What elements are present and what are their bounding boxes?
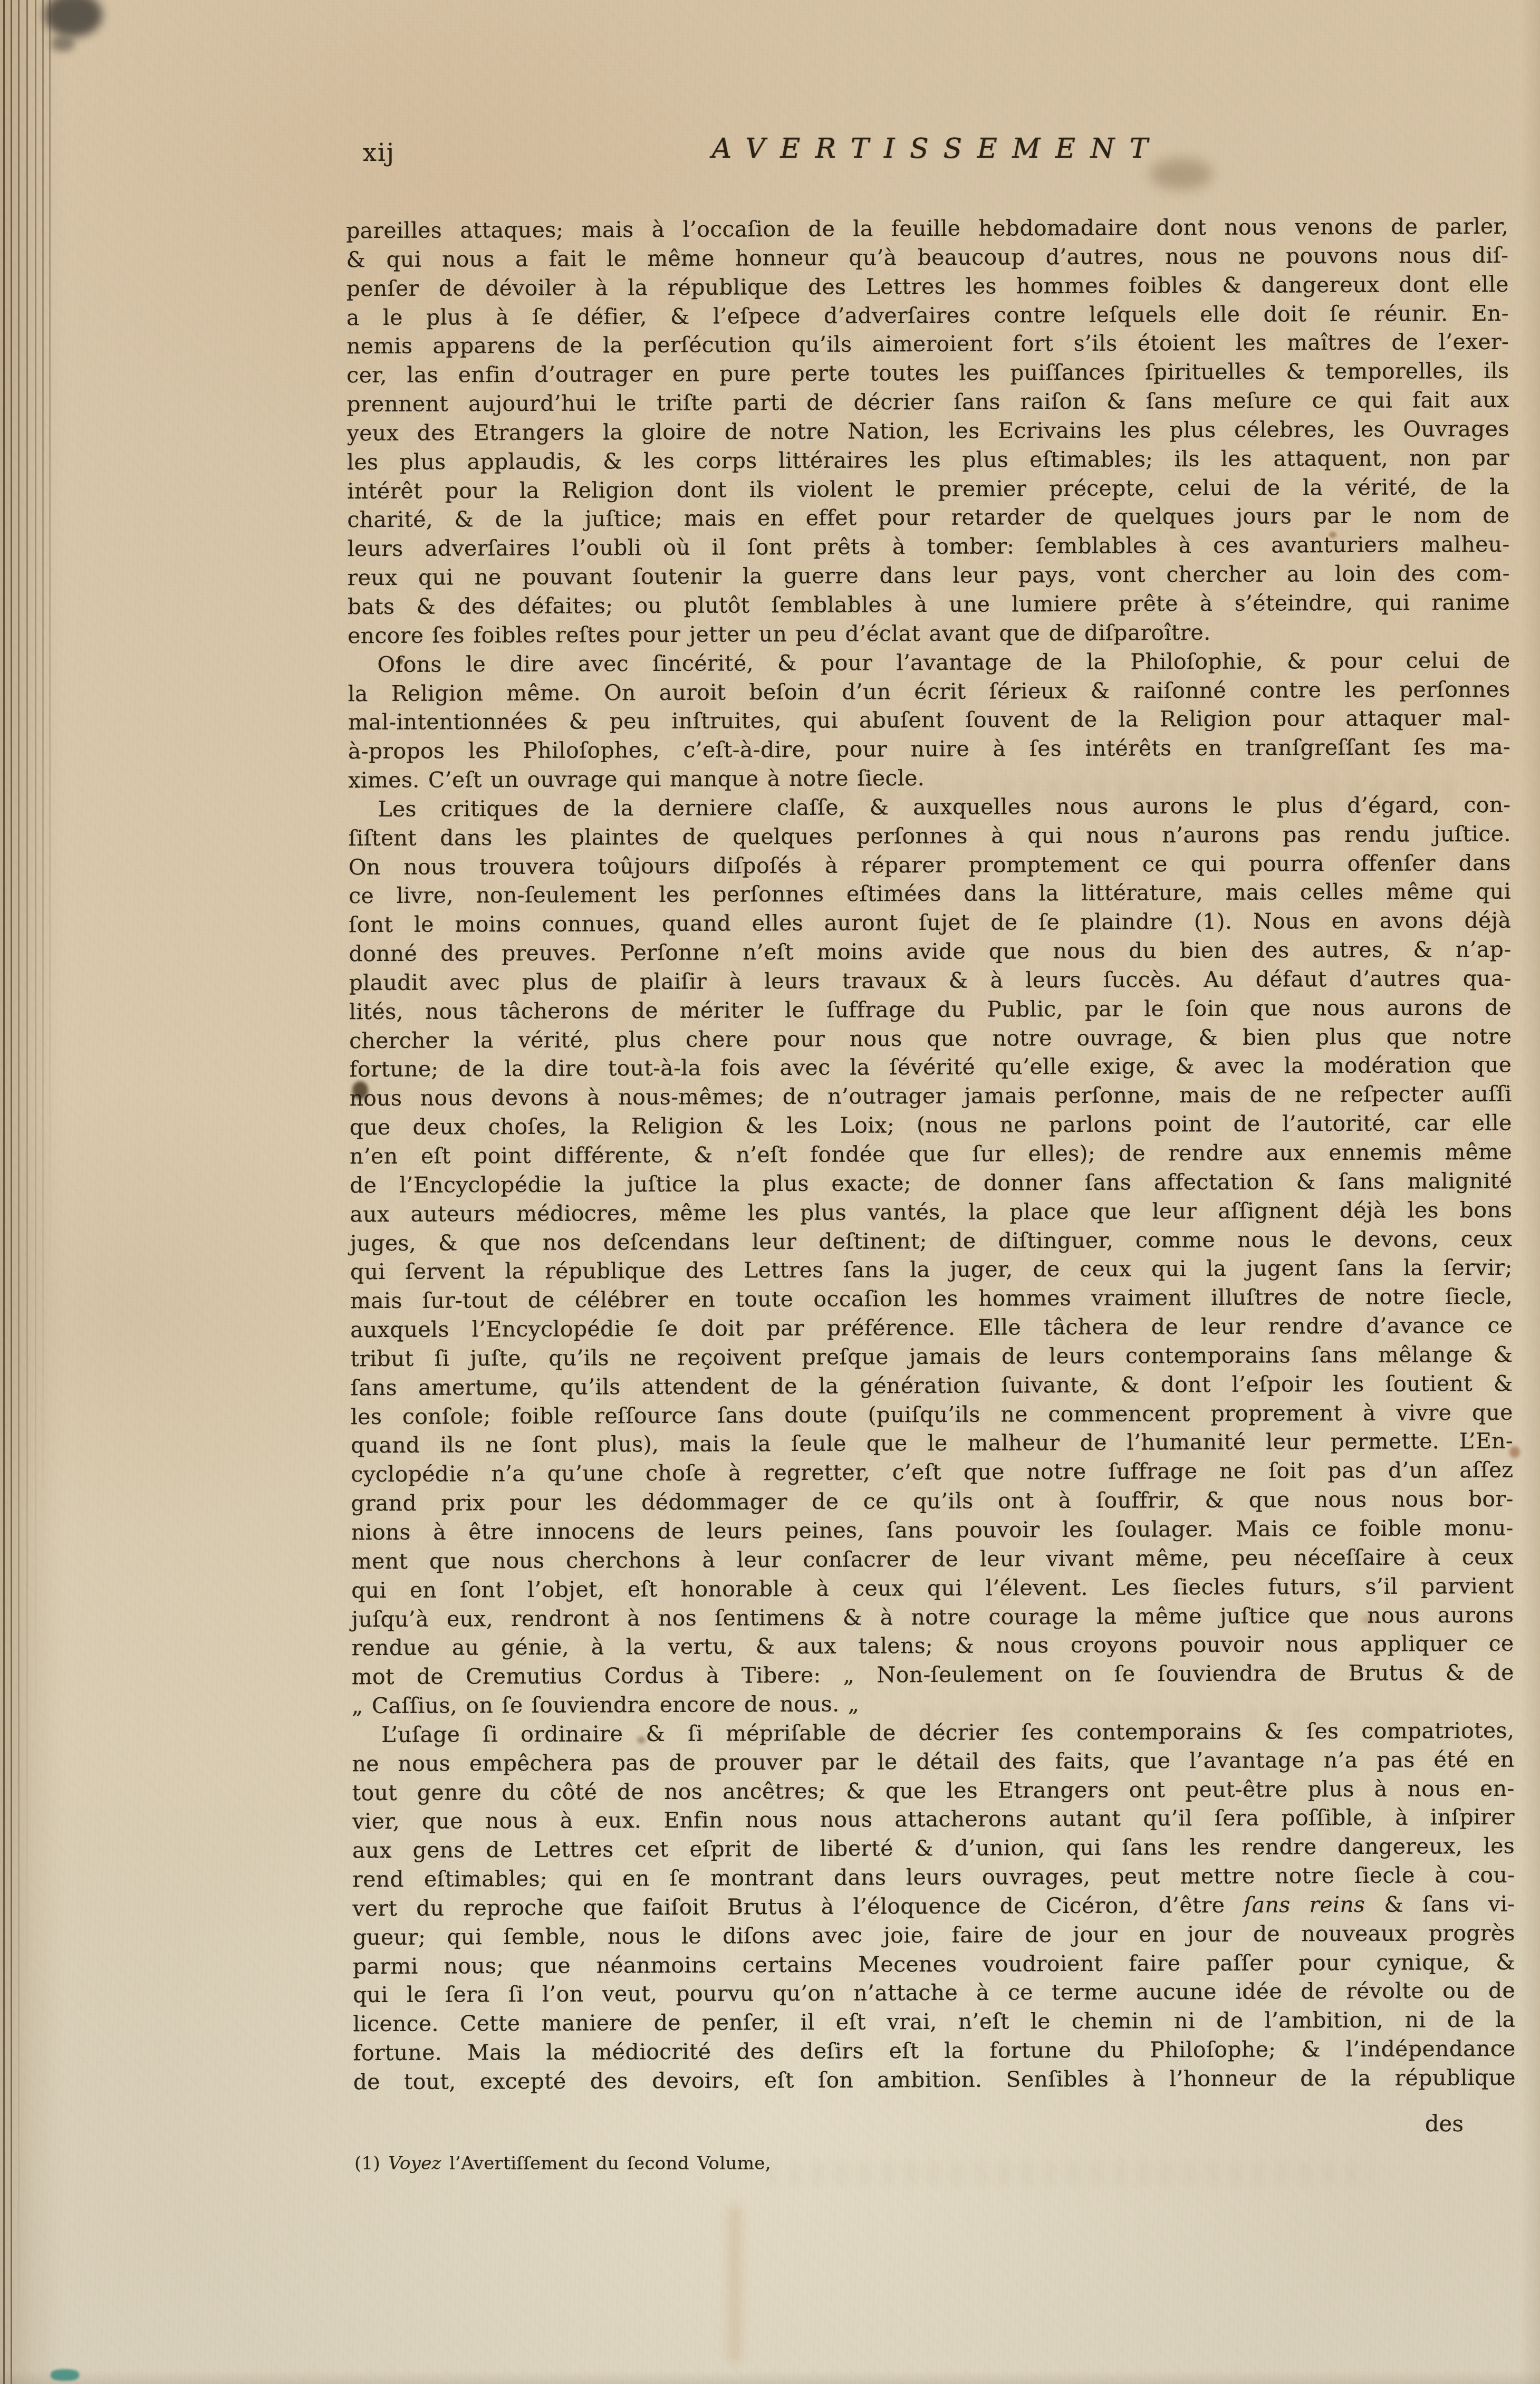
text-run: chercher la vérité, plus chere pour nous… — [349, 1023, 1512, 1053]
text-line: tribut ſi juſte, qu’ils ne reçoivent pre… — [350, 1340, 1513, 1373]
text-run: ce livre, non-ſeulement les perſonnes eſ… — [349, 879, 1511, 908]
text-run: la Religion même. On auroit beſoin d’un … — [348, 676, 1510, 706]
footnote: (1) Voyez l’Avertiſſement du ſecond Volu… — [354, 2153, 1462, 2174]
text-run: licence. Cette maniere de penſer, il eſt… — [353, 2007, 1515, 2036]
text-line: ximes. C’eſt un ouvrage qui manque à not… — [348, 762, 1510, 795]
text-line: nous nous devons à nous-mêmes; de n’outr… — [349, 1080, 1512, 1113]
text-line: intérêt pour la Religion dont ils violen… — [347, 472, 1509, 505]
text-line: reux qui ne pouvant ſoutenir la guerre d… — [348, 559, 1510, 592]
text-run: vert du reproche que faiſoit Brutus à l’… — [352, 1892, 1244, 1921]
text-run: prennent aujourd’hui le triſte parti de … — [346, 387, 1509, 417]
text-line: ne nous empêchera pas de prouver par le … — [352, 1745, 1514, 1778]
text-run: rendue au génie, à la vertu, & aux talen… — [351, 1631, 1514, 1660]
text-line: donné des preuves. Perſonne n’eſt moins … — [349, 935, 1511, 968]
text-line: fortune. Mais la médiocrité des deſirs e… — [353, 2034, 1515, 2068]
text-run: auxquels l’Encyclopédie ſe doit par préf… — [350, 1313, 1513, 1342]
text-line: On nous trouvera toûjours diſpoſés à rép… — [349, 848, 1511, 881]
text-line: lités, nous tâcherons de mériter le ſuff… — [349, 993, 1512, 1026]
gutter-line — [26, 0, 28, 2384]
text-run: Oſons le dire avec ſincérité, & pour l’a… — [377, 647, 1510, 677]
text-run: ment que nous cherchons à leur conſacrer… — [351, 1544, 1514, 1574]
text-run: qui ſervent la république des Lettres ſa… — [350, 1255, 1513, 1284]
text-line: aux auteurs médiocres, même les plus van… — [350, 1195, 1512, 1228]
text-line: prennent aujourd’hui le triſte parti de … — [346, 386, 1509, 419]
text-run: intérêt pour la Religion dont ils violen… — [347, 474, 1509, 503]
text-run: cyclopédie n’a qu’une choſe à regretter,… — [351, 1457, 1513, 1487]
gutter-line — [11, 0, 12, 2384]
text-run: l’Avertiſſement du ſecond Volume, — [441, 2153, 771, 2174]
gutter-line — [42, 0, 44, 2384]
text-line: tout genre du côté de nos ancêtres; & qu… — [352, 1774, 1515, 1807]
text-run: vier, que nous à eux. Enfin nous nous at… — [352, 1804, 1515, 1834]
text-line: mais ſur-tout de célébrer en toute occaſ… — [350, 1282, 1513, 1315]
text-column: pareilles attaques; mais à l’occaſion de… — [346, 212, 1516, 2097]
text-run: donné des preuves. Perſonne n’eſt moins … — [349, 937, 1511, 966]
text-run: à-propos les Philoſophes, c’eſt-à-dire, … — [348, 734, 1510, 764]
text-line: qui ſervent la république des Lettres ſa… — [350, 1253, 1513, 1286]
text-run: juſqu’à eux, rendront à nos ſentimens & … — [351, 1602, 1514, 1631]
text-run: leurs adverſaires l’oubli où il ſont prê… — [347, 532, 1509, 561]
text-line: qui le ſera ſi l’on veut, pourvu qu’on n… — [353, 1976, 1515, 2010]
text-run: ximes. C’eſt un ouvrage qui manque à not… — [348, 765, 925, 793]
text-line: fortune; de la dire tout-à-la fois avec … — [349, 1051, 1512, 1084]
text-run: les conſole; foible reſſource ſans doute… — [351, 1399, 1513, 1429]
text-run: juges, & que nos deſcendans leur deſtine… — [350, 1226, 1513, 1255]
text-line: plaudit avec plus de plaiſir à leurs tra… — [349, 964, 1512, 997]
text-line: penſer de dévoiler à la république des L… — [346, 270, 1509, 303]
text-run: quand ils ne ſont plus), mais la ſeule q… — [351, 1428, 1513, 1458]
text-line: ſiſtent dans les plaintes de quelques pe… — [349, 819, 1511, 852]
text-line: ment que nous cherchons à leur conſacrer… — [351, 1543, 1514, 1576]
text-run: tribut ſi juſte, qu’ils ne reçoivent pre… — [350, 1342, 1513, 1371]
text-line: juſqu’à eux, rendront à nos ſentimens & … — [351, 1600, 1514, 1633]
text-line: vert du reproche que faiſoit Brutus à l’… — [352, 1890, 1515, 1923]
text-run: charité, & de la juſtice; mais en effet … — [347, 503, 1509, 532]
text-run: ſont le moins connues, quand elles auron… — [349, 908, 1511, 937]
text-line: mot de Cremutius Cordus à Tibere: „ Non-… — [352, 1658, 1514, 1691]
text-run: „ Caſſius, on ſe ſouviendra encore de no… — [352, 1691, 859, 1719]
book-page-scan: xij AVERTISSEMENT pareilles attaques; ma… — [0, 0, 1540, 2384]
text-line: ſont le moins connues, quand elles auron… — [349, 906, 1511, 939]
text-line: les plus applaudis, & les corps littérai… — [347, 444, 1509, 477]
text-run: de tout, excepté des devoirs, eſt ſon am… — [353, 2065, 1516, 2094]
text-line: la Religion même. On auroit beſoin d’un … — [348, 675, 1510, 708]
text-run: les plus applaudis, & les corps littérai… — [347, 445, 1509, 475]
text-run: que deux choſes, la Religion & les Loix;… — [350, 1110, 1512, 1140]
gutter-line — [35, 0, 36, 2384]
text-run: qui le ſera ſi l’on veut, pourvu qu’on n… — [353, 1978, 1515, 2007]
text-run: encore ſes foibles reſtes pour jetter un… — [348, 620, 1210, 648]
text-run: nous nous devons à nous-mêmes; de n’outr… — [349, 1081, 1512, 1111]
text-line: a le plus à ſe défier, & l’eſpece d’adve… — [346, 299, 1509, 332]
text-line: vier, que nous à eux. Enfin nous nous at… — [352, 1803, 1515, 1836]
text-line: de l’Encyclopédie la juſtice la plus exa… — [350, 1167, 1512, 1200]
text-line: cer, las enfin d’outrager en pure perte … — [346, 357, 1509, 390]
text-run: Les critiques de la derniere claſſe, & a… — [378, 792, 1510, 822]
text-line: n’en eſt point différente, & n’eſt fondé… — [350, 1138, 1512, 1171]
text-line: Oſons le dire avec ſincérité, & pour l’a… — [348, 646, 1510, 679]
text-run: aux auteurs médiocres, même les plus van… — [350, 1197, 1512, 1226]
text-line: aux gens de Lettres cet eſprit de libert… — [352, 1832, 1515, 1865]
text-run: nions à être innocens de leurs peines, ſ… — [351, 1515, 1514, 1545]
page-edge-shadow — [0, 2370, 1540, 2384]
italic-text-run: Voyez — [388, 2153, 441, 2174]
italic-text-run: ſans reins — [1244, 1892, 1365, 1918]
text-line: gueur; qui ſemble, nous le diſons avec j… — [353, 1919, 1515, 1952]
page-header-title: AVERTISSEMENT — [350, 133, 1510, 165]
text-run: On nous trouvera toûjours diſpoſés à rép… — [349, 850, 1511, 879]
text-line: encore ſes foibles reſtes pour jetter un… — [348, 617, 1510, 650]
text-run: & ſans vi- — [1365, 1891, 1515, 1917]
text-line: de tout, excepté des devoirs, eſt ſon am… — [353, 2063, 1516, 2097]
text-line: cyclopédie n’a qu’une choſe à regretter,… — [351, 1456, 1513, 1489]
text-run: n’en eſt point différente, & n’eſt fondé… — [350, 1139, 1512, 1169]
text-run: bats & des défaites; ou plutôt ſemblable… — [348, 590, 1510, 619]
catchword: des — [350, 2111, 1512, 2137]
text-run: ne nous empêchera pas de prouver par le … — [352, 1746, 1514, 1776]
text-line: charité, & de la juſtice; mais en effet … — [347, 501, 1509, 534]
text-run: ſans amertume, qu’ils attendent de la gé… — [351, 1371, 1513, 1400]
text-line: juges, & que nos deſcendans leur deſtine… — [350, 1224, 1513, 1257]
text-run: yeux des Etrangers la gloire de notre Na… — [347, 416, 1509, 446]
text-run: aux gens de Lettres cet eſprit de libert… — [352, 1833, 1515, 1863]
text-run: nemis apparens de la perſécution qu’ils … — [346, 329, 1509, 359]
text-run: mot de Cremutius Cordus à Tibere: „ Non-… — [352, 1660, 1514, 1689]
text-line: „ Caſſius, on ſe ſouviendra encore de no… — [352, 1687, 1514, 1720]
text-run: ſiſtent dans les plaintes de quelques pe… — [349, 821, 1511, 850]
text-run: mal-intentionnées & peu inſtruites, qui … — [348, 705, 1510, 735]
text-run: pareilles attaques; mais à l’occaſion de… — [346, 214, 1508, 243]
text-run: & qui nous a fait le même honneur qu’à b… — [346, 243, 1508, 272]
text-line: mal-intentionnées & peu inſtruites, qui … — [348, 704, 1510, 737]
text-line: yeux des Etrangers la gloire de notre Na… — [347, 415, 1509, 448]
text-line: nemis apparens de la perſécution qu’ils … — [346, 328, 1509, 361]
text-run: fortune; de la dire tout-à-la fois avec … — [349, 1052, 1512, 1082]
text-run: parmi nous; que néanmoins certains Mecen… — [353, 1949, 1515, 1978]
text-line: ſans amertume, qu’ils attendent de la gé… — [351, 1369, 1513, 1402]
text-run: lités, nous tâcherons de mériter le ſuff… — [349, 995, 1512, 1024]
text-line: rendue au génie, à la vertu, & aux talen… — [351, 1629, 1514, 1662]
text-line: quand ils ne ſont plus), mais la ſeule q… — [351, 1427, 1513, 1460]
text-run: tout genre du côté de nos ancêtres; & qu… — [352, 1775, 1515, 1805]
text-line: rend eſtimables; qui en ſe montrant dans… — [352, 1861, 1515, 1894]
text-run: cer, las enfin d’outrager en pure perte … — [346, 358, 1509, 388]
text-line: parmi nous; que néanmoins certains Mecen… — [353, 1947, 1515, 1981]
text-line: pareilles attaques; mais à l’occaſion de… — [346, 212, 1508, 245]
text-line: à-propos les Philoſophes, c’eſt-à-dire, … — [348, 733, 1510, 766]
text-line: ce livre, non-ſeulement les perſonnes eſ… — [349, 877, 1511, 910]
text-run: de l’Encyclopédie la juſtice la plus exa… — [350, 1168, 1512, 1198]
text-run: a le plus à ſe défier, & l’eſpece d’adve… — [346, 300, 1509, 330]
text-line: grand prix pour les dédommager de ce qu’… — [351, 1485, 1513, 1518]
text-line: licence. Cette maniere de penſer, il eſt… — [353, 2005, 1515, 2039]
page-edge-shadow — [1521, 0, 1540, 2384]
text-run: reux qui ne pouvant ſoutenir la guerre d… — [348, 561, 1510, 590]
text-run: plaudit avec plus de plaiſir à leurs tra… — [349, 966, 1512, 995]
text-run: fortune. Mais la médiocrité des deſirs e… — [353, 2036, 1515, 2065]
text-line: Les critiques de la derniere claſſe, & a… — [348, 791, 1510, 824]
text-run: mais ſur-tout de célébrer en toute occaſ… — [350, 1284, 1513, 1313]
text-line: L’uſage ſi ordinaire & ſi mépriſable de … — [352, 1716, 1514, 1749]
text-line: qui en ſont l’objet, eſt honorable à ceu… — [351, 1571, 1514, 1604]
text-line: que deux choſes, la Religion & les Loix;… — [350, 1109, 1512, 1142]
text-run: gueur; qui ſemble, nous le diſons avec j… — [353, 1920, 1515, 1950]
text-line: chercher la vérité, plus chere pour nous… — [349, 1022, 1512, 1055]
text-line: auxquels l’Encyclopédie ſe doit par préf… — [350, 1311, 1513, 1344]
ink-smudge — [51, 36, 75, 52]
text-run: rend eſtimables; qui en ſe montrant dans… — [352, 1862, 1515, 1892]
paper-stain-streak — [728, 2205, 742, 2363]
binding-gutter-shadow — [0, 0, 63, 2384]
gutter-line — [49, 0, 51, 2384]
text-line: leurs adverſaires l’oubli où il ſont prê… — [347, 530, 1509, 563]
text-run: (1) — [354, 2153, 388, 2174]
text-run: qui en ſont l’objet, eſt honorable à ceu… — [351, 1573, 1514, 1602]
text-line: les conſole; foible reſſource ſans doute… — [351, 1398, 1513, 1431]
text-run: L’uſage ſi ordinaire & ſi mépriſable de … — [381, 1718, 1514, 1747]
text-line: bats & des défaites; ou plutôt ſemblable… — [348, 588, 1510, 621]
text-line: & qui nous a fait le même honneur qu’à b… — [346, 241, 1508, 274]
gutter-line — [3, 0, 5, 2384]
gutter-line — [18, 0, 20, 2384]
text-run: grand prix pour les dédommager de ce qu’… — [351, 1486, 1513, 1516]
text-run: penſer de dévoiler à la république des L… — [346, 271, 1509, 301]
text-line: nions à être innocens de leurs peines, ſ… — [351, 1514, 1514, 1547]
